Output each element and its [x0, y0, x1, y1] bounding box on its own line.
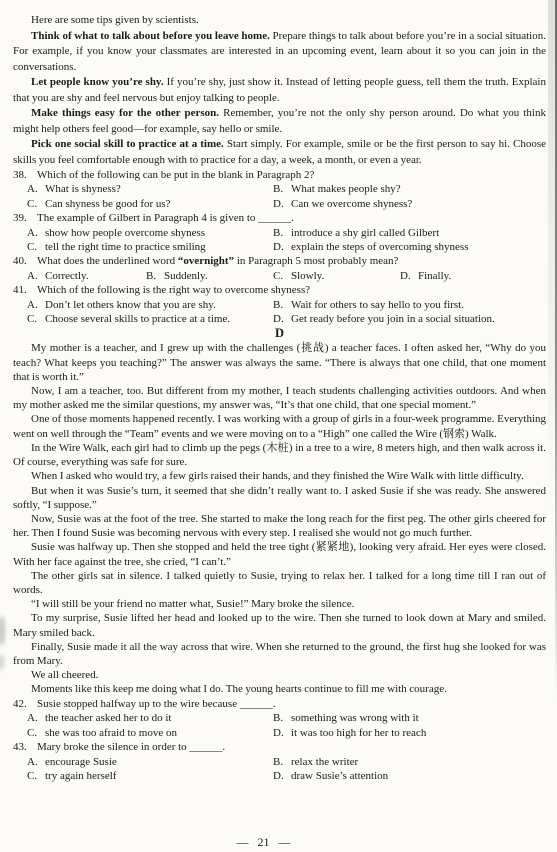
passage-d-paragraph-6: But when it was Susie’s turn, it seemed …: [13, 484, 546, 512]
option-text: Get ready before you join in a social si…: [291, 313, 495, 325]
option-38-a: A.What is shyness?: [27, 182, 273, 196]
option-label: B.: [146, 269, 164, 283]
tip-paragraph-2: Let people know you’re shy. If you’re sh…: [13, 75, 546, 106]
option-text: it was too high for her to reach: [291, 727, 426, 739]
option-text: Finally.: [418, 270, 451, 282]
question-42-text: Susie stopped halfway up to the wire bec…: [37, 698, 276, 710]
question-43-number: 43.: [13, 740, 37, 755]
option-41-d: D.Get ready before you join in a social …: [273, 312, 546, 326]
option-text: something was wrong with it: [291, 712, 419, 724]
option-42-a: A.the teacher asked her to do it: [27, 711, 273, 726]
passage-d: My mother is a teacher, and I grew up wi…: [13, 341, 546, 696]
option-40-b: B.Suddenly.: [146, 269, 273, 283]
tip-lead-4: Pick one social skill to practice at a t…: [31, 138, 224, 150]
option-41-b: B.Wait for others to say hello to you fi…: [273, 298, 546, 312]
question-43-text: Mary broke the silence in order to _____…: [37, 741, 225, 753]
question-43-stem: 43.Mary broke the silence in order to __…: [13, 740, 546, 755]
option-text: tell the right time to practice smiling: [45, 241, 206, 253]
option-text: relax the writer: [291, 756, 358, 768]
questions-42-43: 42.Susie stopped halfway up to the wire …: [13, 697, 546, 784]
question-39: 39.The example of Gilbert in Paragraph 4…: [13, 211, 546, 254]
passage-c-tips: Here are some tips given by scientists. …: [13, 13, 546, 168]
option-label: D.: [273, 197, 291, 211]
question-42-number: 42.: [13, 697, 37, 712]
question-42: 42.Susie stopped halfway up to the wire …: [13, 697, 546, 741]
passage-d-paragraph-3: One of those moments happened recently. …: [13, 412, 546, 440]
option-label: D.: [273, 240, 291, 254]
option-41-a: A.Don’t let others know that you are shy…: [27, 298, 273, 312]
option-label: B.: [273, 755, 291, 770]
passage-d-paragraph-1: My mother is a teacher, and I grew up wi…: [13, 341, 546, 384]
option-39-a: A.show how people overcome shyness: [27, 226, 273, 240]
option-label: B.: [273, 182, 291, 196]
question-39-stem: 39.The example of Gilbert in Paragraph 4…: [13, 211, 546, 225]
option-40-a: A.Correctly.: [27, 269, 146, 283]
option-text: try again herself: [45, 770, 116, 782]
option-label: A.: [27, 298, 45, 312]
question-41-stem: 41.Which of the following is the right w…: [13, 283, 546, 297]
option-label: C.: [27, 312, 45, 326]
question-42-stem: 42.Susie stopped halfway up to the wire …: [13, 697, 546, 712]
option-43-b: B.relax the writer: [273, 755, 546, 770]
tip-lead-3: Make things easy for the other person.: [31, 107, 219, 119]
option-label: C.: [27, 769, 45, 784]
option-40-d: D.Finally.: [400, 269, 546, 283]
tip-lead-1: Think of what to talk about before you l…: [31, 30, 270, 42]
option-label: B.: [273, 226, 291, 240]
option-label: A.: [27, 755, 45, 770]
question-43-options: A.encourage Susie B.relax the writer C.t…: [13, 755, 546, 784]
question-38-text: Which of the following can be put in the…: [37, 169, 314, 181]
question-40-text: What does the underlined word “overnight…: [37, 255, 398, 267]
page-number: — 21 —: [0, 835, 527, 850]
option-label: C.: [27, 197, 45, 211]
option-text: Don’t let others know that you are shy.: [45, 299, 216, 311]
option-39-c: C.tell the right time to practice smilin…: [27, 240, 273, 254]
option-text: draw Susie’s attention: [291, 770, 388, 782]
option-label: D.: [273, 312, 291, 326]
option-38-d: D.Can we overcome shyness?: [273, 197, 546, 211]
exam-page-scan: Here are some tips given by scientists. …: [0, 0, 557, 852]
option-label: D.: [273, 769, 291, 784]
option-text: What makes people shy?: [291, 183, 401, 195]
option-label: A.: [27, 269, 45, 283]
option-text: Choose several skills to practice at a t…: [45, 313, 230, 325]
option-text: explain the steps of overcoming shyness: [291, 241, 469, 253]
option-42-b: B.something was wrong with it: [273, 711, 546, 726]
tip-paragraph-4: Pick one social skill to practice at a t…: [13, 137, 546, 168]
option-40-c: C.Slowly.: [273, 269, 400, 283]
question-40-options: A.Correctly. B.Suddenly. C.Slowly. D.Fin…: [13, 269, 546, 283]
option-43-a: A.encourage Susie: [27, 755, 273, 770]
passage-d-paragraph-14: Moments like this keep me doing what I d…: [13, 682, 546, 696]
option-label: D.: [273, 726, 291, 741]
option-43-c: C.try again herself: [27, 769, 273, 784]
option-text: Suddenly.: [164, 270, 208, 282]
passage-d-paragraph-12: Finally, Susie made it all the way acros…: [13, 640, 546, 668]
question-39-text: The example of Gilbert in Paragraph 4 is…: [37, 212, 294, 224]
option-39-d: D.explain the steps of overcoming shynes…: [273, 240, 546, 254]
page-content: Here are some tips given by scientists. …: [0, 0, 557, 784]
option-text: encourage Susie: [45, 756, 117, 768]
passage-d-paragraph-5: When I asked who would try, a few girls …: [13, 469, 546, 483]
tips-intro: Here are some tips given by scientists.: [13, 13, 546, 29]
question-38-options: A.What is shyness? B.What makes people s…: [13, 182, 546, 211]
question-41-number: 41.: [13, 283, 37, 297]
stem-pre: What does the underlined word: [37, 255, 178, 267]
option-label: C.: [273, 269, 291, 283]
passage-d-paragraph-7: Now, Susie was at the foot of the tree. …: [13, 512, 546, 540]
question-43: 43.Mary broke the silence in order to __…: [13, 740, 546, 784]
option-text: Can we overcome shyness?: [291, 198, 412, 210]
passage-d-paragraph-8: Susie was halfway up. Then she stopped a…: [13, 540, 546, 568]
passage-d-paragraph-13: We all cheered.: [13, 668, 546, 682]
option-text: show how people overcome shyness: [45, 227, 205, 239]
option-43-d: D.draw Susie’s attention: [273, 769, 546, 784]
option-38-b: B.What makes people shy?: [273, 182, 546, 196]
option-text: What is shyness?: [45, 183, 121, 195]
option-text: Slowly.: [291, 270, 324, 282]
tip-lead-2: Let people know you’re shy.: [31, 76, 164, 88]
option-38-c: C.Can shyness be good for us?: [27, 197, 273, 211]
question-41-options: A.Don’t let others know that you are shy…: [13, 298, 546, 327]
passage-d-header: D: [13, 326, 546, 341]
question-40-number: 40.: [13, 254, 37, 268]
question-41: 41.Which of the following is the right w…: [13, 283, 546, 326]
option-42-c: C.she was too afraid to move on: [27, 726, 273, 741]
option-text: the teacher asked her to do it: [45, 712, 171, 724]
option-label: A.: [27, 711, 45, 726]
passage-d-paragraph-4: In the Wire Walk, each girl had to climb…: [13, 441, 546, 469]
passage-d-paragraph-2: Now, I am a teacher, too. But different …: [13, 384, 546, 412]
question-39-options: A.show how people overcome shyness B.int…: [13, 226, 546, 255]
tip-paragraph-1: Think of what to talk about before you l…: [13, 29, 546, 76]
option-text: she was too afraid to move on: [45, 727, 177, 739]
question-40: 40.What does the underlined word “overni…: [13, 254, 546, 283]
question-40-stem: 40.What does the underlined word “overni…: [13, 254, 546, 268]
underlined-word: “overnight”: [178, 255, 234, 267]
option-label: C.: [27, 240, 45, 254]
question-41-text: Which of the following is the right way …: [37, 284, 310, 296]
option-text: Wait for others to say hello to you firs…: [291, 299, 464, 311]
option-label: A.: [27, 226, 45, 240]
question-38-stem: 38.Which of the following can be put in …: [13, 168, 546, 182]
option-text: Can shyness be good for us?: [45, 198, 171, 210]
option-41-c: C.Choose several skills to practice at a…: [27, 312, 273, 326]
passage-d-paragraph-9: The other girls sat in silence. I talked…: [13, 569, 546, 597]
option-text: Correctly.: [45, 270, 89, 282]
tip-paragraph-3: Make things easy for the other person. R…: [13, 106, 546, 137]
option-text: introduce a shy girl called Gilbert: [291, 227, 439, 239]
questions-38-41: 38.Which of the following can be put in …: [13, 168, 546, 326]
option-label: B.: [273, 298, 291, 312]
option-label: C.: [27, 726, 45, 741]
question-42-options: A.the teacher asked her to do it B.somet…: [13, 711, 546, 740]
option-label: D.: [400, 269, 418, 283]
option-39-b: B.introduce a shy girl called Gilbert: [273, 226, 546, 240]
question-38-number: 38.: [13, 168, 37, 182]
option-label: B.: [273, 711, 291, 726]
question-39-number: 39.: [13, 211, 37, 225]
scan-edge-shadow: [548, 0, 555, 520]
stem-post: in Paragraph 5 most probably mean?: [234, 255, 398, 267]
question-38: 38.Which of the following can be put in …: [13, 168, 546, 211]
passage-d-paragraph-10: “I will still be your friend no matter w…: [13, 597, 546, 611]
passage-d-paragraph-11: To my surprise, Susie lifted her head an…: [13, 611, 546, 639]
option-label: A.: [27, 182, 45, 196]
option-42-d: D.it was too high for her to reach: [273, 726, 546, 741]
